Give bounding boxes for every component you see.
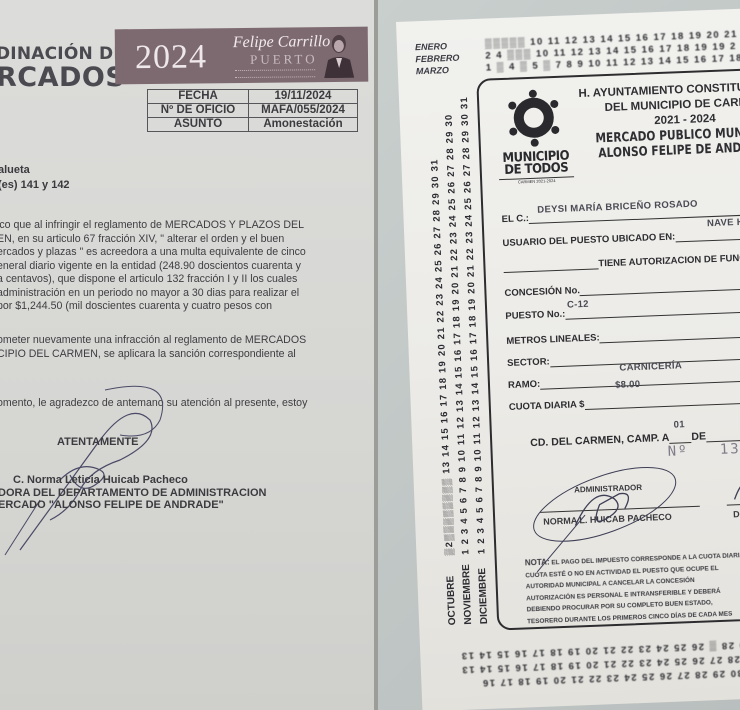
official-letter: DINACIÓN DE RCADOS 2024 Felipe Carrillo … bbox=[0, 0, 374, 710]
paragraph-line: CIPIO DEL CARMEN, se aplicara la sanción… bbox=[0, 348, 315, 362]
side-month-label: DICIEMBRE bbox=[477, 568, 490, 625]
paragraph-1: ico que al infringir el reglamento de ME… bbox=[0, 219, 315, 314]
puesto-value: C-12 bbox=[567, 299, 589, 311]
coordination-title: DINACIÓN DE RCADOS bbox=[0, 46, 125, 91]
recipient-line1: alueta bbox=[0, 163, 70, 178]
top-months: ENERO FEBRERO MARZO bbox=[415, 40, 460, 78]
paragraph-line: ercados y plazas " es acreedora a una mu… bbox=[0, 246, 315, 260]
paragraph-line: ometer nuevamente una infracción al regl… bbox=[0, 334, 315, 348]
de-label: DE bbox=[691, 430, 706, 443]
info-row-asunto: ASUNTO Amonestación bbox=[148, 118, 358, 132]
asunto-value: Amonestación bbox=[249, 118, 358, 132]
recipient-line2: (es) 141 y 142 bbox=[0, 178, 70, 193]
paragraph-2: ometer nuevamente una infracción al regl… bbox=[0, 334, 315, 361]
fecha-label: FECHA bbox=[148, 90, 249, 104]
banner-name: Felipe Carrillo bbox=[233, 33, 331, 52]
municipio-people-icon bbox=[496, 87, 573, 148]
oficio-value: MAFA/055/2024 bbox=[249, 104, 358, 118]
ticket-note: NOTA: EL PAGO DEL IMPUESTO CORRESPONDE A… bbox=[525, 547, 740, 627]
usuario-value: NAVE HÚMEDA bbox=[707, 215, 740, 229]
ramo-label: RAMO: bbox=[508, 379, 541, 391]
side-month-label: NOVIEMBRE bbox=[461, 564, 474, 625]
paragraph-line: a centavos), que dispone el articulo 132… bbox=[0, 273, 315, 287]
coordination-title-line1: DINACIÓN DE bbox=[0, 46, 125, 63]
signer-name: C. Norma Leticia Huicab Pacheco bbox=[13, 474, 188, 486]
year-banner: 2024 Felipe Carrillo PUERTO bbox=[115, 27, 369, 85]
el-c-label: EL C.: bbox=[501, 213, 529, 225]
paragraph-line: administración en un periodo no mayor a … bbox=[0, 287, 315, 301]
fecha-value: 19/11/2024 bbox=[249, 90, 358, 104]
logo-line2: DE TODOS bbox=[499, 162, 574, 177]
month-label: MARZO bbox=[416, 64, 460, 78]
info-row-oficio: Nº DE OFICIO MAFA/055/2024 bbox=[148, 104, 358, 118]
banner-subtitle bbox=[235, 69, 315, 78]
paragraph-line: eneral diario vigente en la entidad (248… bbox=[0, 260, 315, 274]
day-value: 01 bbox=[673, 419, 685, 430]
asunto-label: ASUNTO bbox=[148, 118, 249, 132]
signer-title-line1: DORA DEL DEPARTAMENTO DE ADMINISTRACION bbox=[0, 487, 267, 499]
note-label: NOTA: bbox=[525, 558, 550, 568]
folio-prefix: Nº bbox=[667, 443, 688, 460]
closing-text: ATENTAMENTE bbox=[57, 436, 138, 448]
sector-label: SECTOR: bbox=[507, 356, 550, 369]
municipio-logo: MUNICIPIO DE TODOS CARMEN 2021-2024 bbox=[496, 87, 575, 185]
paragraph-line: EN, en su articulo 67 fracción XIV, " al… bbox=[0, 233, 315, 247]
accept-signature-icon bbox=[728, 467, 740, 509]
paragraph-line: por $1,244.50 (mil doscientes cuarenta y… bbox=[0, 300, 315, 314]
banner-year: 2024 bbox=[135, 38, 207, 77]
side-month-label: OCTUBRE bbox=[445, 576, 458, 626]
permit-ticket: ENERO FEBRERO MARZO ▒▒▒▒▒ 10 11 12 13 14… bbox=[396, 8, 740, 710]
info-row-fecha: FECHA 19/11/2024 bbox=[148, 90, 358, 104]
permit-ticket-photo: ENERO FEBRERO MARZO ▒▒▒▒▒ 10 11 12 13 14… bbox=[378, 0, 740, 710]
handwritten-signature-icon bbox=[0, 380, 200, 560]
folio-value: 1399 bbox=[720, 440, 740, 458]
oficio-label: Nº DE OFICIO bbox=[148, 104, 249, 118]
coordination-title-line2: RCADOS bbox=[0, 64, 125, 91]
puesto-label: PUESTO No.: bbox=[505, 309, 565, 322]
portrait-icon bbox=[322, 32, 356, 78]
info-table: FECHA 19/11/2024 Nº DE OFICIO MAFA/055/2… bbox=[147, 89, 358, 132]
folio-number: Nº 1399 bbox=[667, 440, 740, 460]
signer-title-line2: ERCADO "ALONSO FELIPE DE ANDRADE" bbox=[0, 499, 224, 511]
month-label: FEBRERO bbox=[415, 52, 459, 66]
banner-surname: PUERTO bbox=[250, 51, 318, 68]
cuota-value: $8.00 bbox=[615, 379, 641, 391]
paragraph-line: ico que al infringir el reglamento de ME… bbox=[0, 219, 315, 233]
ticket-heading: H. AYUNTAMIENTO CONSTITUCIONAL DEL MUNIC… bbox=[574, 79, 740, 162]
recipient-block: alueta (es) 141 y 142 bbox=[0, 163, 70, 193]
